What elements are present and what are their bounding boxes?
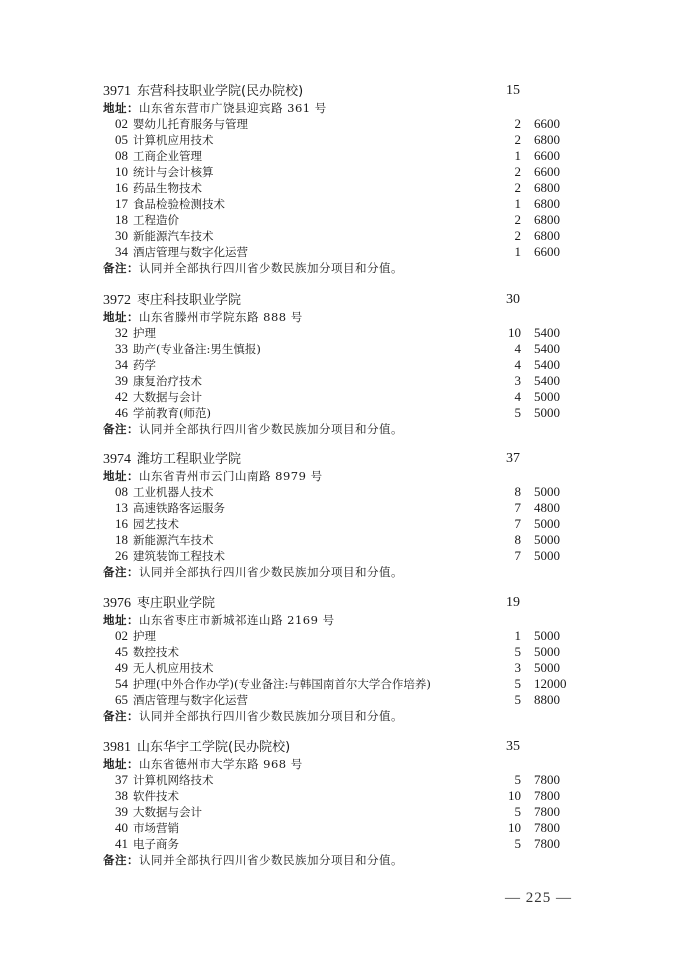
major-count: 7	[515, 548, 522, 564]
major-code: 39	[108, 373, 128, 389]
major-code: 05	[108, 132, 128, 148]
major-name: 电子商务	[133, 836, 179, 852]
address-text: 山东省东营市广饶县迎宾路 361 号	[139, 101, 327, 115]
school-name: 枣庄职业学院	[137, 595, 215, 613]
major-count: 4	[515, 341, 522, 357]
major-fee: 5400	[534, 357, 560, 373]
major-count: 3	[515, 373, 522, 389]
address-label: 地址：	[103, 613, 139, 627]
major-row: 49无人机应用技术35000	[103, 660, 573, 676]
major-name: 护理	[133, 628, 156, 644]
major-row: 32护理105400	[103, 325, 573, 341]
major-row: 39康复治疗技术35400	[103, 373, 573, 389]
major-row: 54护理(中外合作办学)(专业备注:与韩国南首尔大学合作培养)512000	[103, 676, 573, 692]
major-row: 46学前教育(师范)55000	[103, 405, 573, 421]
school-total: 37	[506, 450, 520, 468]
school-address: 地址：山东省德州市大学东路 968 号	[103, 756, 573, 772]
school-code: 3971	[103, 83, 131, 101]
major-count: 2	[515, 180, 522, 196]
major-fee: 5000	[534, 405, 560, 421]
major-row: 41电子商务57800	[103, 836, 573, 852]
school-title-row: 3971东营科技职业学院(民办院校) 15	[103, 82, 573, 100]
major-name: 建筑装饰工程技术	[133, 548, 225, 564]
major-code: 08	[108, 484, 128, 500]
major-fee: 12000	[534, 676, 567, 692]
note-text: 认同并全部执行四川省少数民族加分项目和分值。	[139, 565, 403, 579]
school-title-row: 3974潍坊工程职业学院 37	[103, 450, 573, 468]
note-label: 备注：	[103, 853, 139, 867]
major-code: 65	[108, 692, 128, 708]
major-name: 数控技术	[133, 644, 179, 660]
major-name: 食品检验检测技术	[133, 196, 225, 212]
major-row: 05计算机应用技术26800	[103, 132, 573, 148]
major-count: 8	[515, 532, 522, 548]
major-code: 16	[108, 180, 128, 196]
major-code: 39	[108, 804, 128, 820]
major-count: 10	[508, 325, 521, 341]
major-fee: 6600	[534, 244, 560, 260]
major-code: 41	[108, 836, 128, 852]
school-total: 30	[506, 291, 520, 309]
major-code: 32	[108, 325, 128, 341]
major-row: 39大数据与会计57800	[103, 804, 573, 820]
major-row: 16园艺技术75000	[103, 516, 573, 532]
major-fee: 8800	[534, 692, 560, 708]
major-fee: 5000	[534, 644, 560, 660]
major-count: 2	[515, 164, 522, 180]
address-label: 地址：	[103, 757, 139, 771]
major-row: 65酒店管理与数字化运营58800	[103, 692, 573, 708]
major-fee: 5000	[534, 660, 560, 676]
major-fee: 7800	[534, 804, 560, 820]
major-code: 08	[108, 148, 128, 164]
major-name: 软件技术	[133, 788, 179, 804]
school-title-row: 3981山东华宇工学院(民办院校) 35	[103, 738, 573, 756]
note-label: 备注：	[103, 565, 139, 579]
note-label: 备注：	[103, 422, 139, 436]
major-count: 5	[515, 644, 522, 660]
major-name: 护理(中外合作办学)(专业备注:与韩国南首尔大学合作培养)	[133, 676, 431, 692]
school-note: 备注：认同并全部执行四川省少数民族加分项目和分值。	[103, 852, 573, 868]
major-row: 30新能源汽车技术26800	[103, 228, 573, 244]
address-text: 山东省青州市云门山南路 8979 号	[139, 469, 323, 483]
major-code: 46	[108, 405, 128, 421]
major-count: 5	[515, 836, 522, 852]
major-row: 02护理15000	[103, 628, 573, 644]
major-name: 工业机器人技术	[133, 484, 214, 500]
school-code: 3974	[103, 451, 131, 469]
major-name: 工商企业管理	[133, 148, 202, 164]
major-code: 38	[108, 788, 128, 804]
school-title-row: 3976枣庄职业学院 19	[103, 594, 573, 612]
major-fee: 5400	[534, 373, 560, 389]
major-count: 3	[515, 660, 522, 676]
major-name: 新能源汽车技术	[133, 228, 214, 244]
major-code: 54	[108, 676, 128, 692]
major-name: 助产(专业备注:男生慎报)	[133, 341, 261, 357]
major-row: 10统计与会计核算26600	[103, 164, 573, 180]
major-fee: 5000	[534, 548, 560, 564]
major-row: 40市场营销107800	[103, 820, 573, 836]
school-address: 地址：山东省东营市广饶县迎宾路 361 号	[103, 100, 573, 116]
address-label: 地址：	[103, 469, 139, 483]
major-row: 26建筑装饰工程技术75000	[103, 548, 573, 564]
major-row: 18工程造价26800	[103, 212, 573, 228]
major-name: 药品生物技术	[133, 180, 202, 196]
major-name: 药学	[133, 357, 156, 373]
major-name: 工程造价	[133, 212, 179, 228]
major-row: 13高速铁路客运服务74800	[103, 500, 573, 516]
address-text: 山东省滕州市学院东路 888 号	[139, 310, 303, 324]
major-fee: 5000	[534, 484, 560, 500]
major-row: 08工商企业管理16600	[103, 148, 573, 164]
major-count: 1	[515, 196, 522, 212]
major-code: 17	[108, 196, 128, 212]
major-code: 49	[108, 660, 128, 676]
major-count: 2	[515, 132, 522, 148]
major-fee: 5000	[534, 516, 560, 532]
major-count: 2	[515, 212, 522, 228]
major-count: 1	[515, 148, 522, 164]
major-code: 02	[108, 628, 128, 644]
major-fee: 5400	[534, 325, 560, 341]
major-count: 5	[515, 692, 522, 708]
major-count: 10	[508, 820, 521, 836]
school-address: 地址：山东省枣庄市新城祁连山路 2169 号	[103, 612, 573, 628]
school-address: 地址：山东省滕州市学院东路 888 号	[103, 309, 573, 325]
school-block: 3981山东华宇工学院(民办院校) 35 地址：山东省德州市大学东路 968 号…	[103, 738, 573, 868]
major-name: 婴幼儿托育服务与管理	[133, 116, 248, 132]
major-fee: 6800	[534, 180, 560, 196]
major-code: 34	[108, 244, 128, 260]
major-code: 02	[108, 116, 128, 132]
major-name: 园艺技术	[133, 516, 179, 532]
note-label: 备注：	[103, 709, 139, 723]
address-text: 山东省德州市大学东路 968 号	[139, 757, 303, 771]
major-name: 计算机网络技术	[133, 772, 214, 788]
major-fee: 6800	[534, 228, 560, 244]
major-fee: 7800	[534, 772, 560, 788]
major-fee: 4800	[534, 500, 560, 516]
major-name: 酒店管理与数字化运营	[133, 692, 248, 708]
note-label: 备注：	[103, 261, 139, 275]
major-count: 4	[515, 389, 522, 405]
major-count: 10	[508, 788, 521, 804]
school-note: 备注：认同并全部执行四川省少数民族加分项目和分值。	[103, 708, 573, 724]
major-code: 33	[108, 341, 128, 357]
major-name: 无人机应用技术	[133, 660, 214, 676]
major-name: 统计与会计核算	[133, 164, 214, 180]
major-code: 42	[108, 389, 128, 405]
address-label: 地址：	[103, 101, 139, 115]
school-total: 35	[506, 738, 520, 756]
major-name: 高速铁路客运服务	[133, 500, 225, 516]
major-fee: 6800	[534, 212, 560, 228]
school-block: 3976枣庄职业学院 19 地址：山东省枣庄市新城祁连山路 2169 号 02护…	[103, 594, 573, 724]
major-code: 40	[108, 820, 128, 836]
major-fee: 5000	[534, 389, 560, 405]
major-code: 37	[108, 772, 128, 788]
major-count: 1	[515, 628, 522, 644]
major-name: 大数据与会计	[133, 804, 202, 820]
major-row: 38软件技术107800	[103, 788, 573, 804]
major-count: 5	[515, 804, 522, 820]
major-count: 7	[515, 516, 522, 532]
major-fee: 7800	[534, 820, 560, 836]
major-code: 18	[108, 532, 128, 548]
school-block: 3971东营科技职业学院(民办院校) 15 地址：山东省东营市广饶县迎宾路 36…	[103, 82, 573, 276]
major-row: 17食品检验检测技术16800	[103, 196, 573, 212]
major-row: 18新能源汽车技术85000	[103, 532, 573, 548]
major-fee: 7800	[534, 788, 560, 804]
major-row: 08工业机器人技术85000	[103, 484, 573, 500]
major-fee: 6600	[534, 148, 560, 164]
major-row: 45数控技术55000	[103, 644, 573, 660]
major-fee: 6600	[534, 116, 560, 132]
major-code: 16	[108, 516, 128, 532]
major-code: 13	[108, 500, 128, 516]
major-count: 5	[515, 676, 522, 692]
major-name: 康复治疗技术	[133, 373, 202, 389]
note-text: 认同并全部执行四川省少数民族加分项目和分值。	[139, 709, 403, 723]
address-text: 山东省枣庄市新城祁连山路 2169 号	[139, 613, 335, 627]
major-count: 5	[515, 405, 522, 421]
major-name: 酒店管理与数字化运营	[133, 244, 248, 260]
school-name: 山东华宇工学院(民办院校)	[137, 739, 290, 757]
school-total: 15	[506, 82, 520, 100]
school-name: 东营科技职业学院(民办院校)	[137, 83, 303, 101]
major-fee: 5400	[534, 341, 560, 357]
major-count: 1	[515, 244, 522, 260]
note-text: 认同并全部执行四川省少数民族加分项目和分值。	[139, 853, 403, 867]
major-code: 10	[108, 164, 128, 180]
school-code: 3976	[103, 595, 131, 613]
major-fee: 6600	[534, 164, 560, 180]
school-note: 备注：认同并全部执行四川省少数民族加分项目和分值。	[103, 260, 573, 276]
major-name: 护理	[133, 325, 156, 341]
major-fee: 6800	[534, 196, 560, 212]
major-count: 2	[515, 116, 522, 132]
major-fee: 7800	[534, 836, 560, 852]
school-note: 备注：认同并全部执行四川省少数民族加分项目和分值。	[103, 564, 573, 580]
major-count: 7	[515, 500, 522, 516]
major-row: 34酒店管理与数字化运营16600	[103, 244, 573, 260]
note-text: 认同并全部执行四川省少数民族加分项目和分值。	[139, 422, 403, 436]
school-block: 3972枣庄科技职业学院 30 地址：山东省滕州市学院东路 888 号 32护理…	[103, 291, 573, 437]
major-name: 市场营销	[133, 820, 179, 836]
school-code: 3981	[103, 739, 131, 757]
major-fee: 6800	[534, 132, 560, 148]
major-code: 34	[108, 357, 128, 373]
major-name: 学前教育(师范)	[133, 405, 211, 421]
major-code: 18	[108, 212, 128, 228]
school-name: 潍坊工程职业学院	[137, 451, 241, 469]
school-name: 枣庄科技职业学院	[137, 292, 241, 310]
major-row: 02婴幼儿托育服务与管理26600	[103, 116, 573, 132]
major-code: 26	[108, 548, 128, 564]
major-code: 45	[108, 644, 128, 660]
school-code: 3972	[103, 292, 131, 310]
major-row: 16药品生物技术26800	[103, 180, 573, 196]
major-name: 计算机应用技术	[133, 132, 214, 148]
major-row: 42大数据与会计45000	[103, 389, 573, 405]
major-count: 2	[515, 228, 522, 244]
school-address: 地址：山东省青州市云门山南路 8979 号	[103, 468, 573, 484]
major-count: 8	[515, 484, 522, 500]
major-count: 4	[515, 357, 522, 373]
major-row: 33助产(专业备注:男生慎报)45400	[103, 341, 573, 357]
note-text: 认同并全部执行四川省少数民族加分项目和分值。	[139, 261, 403, 275]
school-block: 3974潍坊工程职业学院 37 地址：山东省青州市云门山南路 8979 号 08…	[103, 450, 573, 580]
page-number: — 225 —	[505, 890, 572, 907]
school-title-row: 3972枣庄科技职业学院 30	[103, 291, 573, 309]
major-name: 新能源汽车技术	[133, 532, 214, 548]
major-fee: 5000	[534, 628, 560, 644]
school-note: 备注：认同并全部执行四川省少数民族加分项目和分值。	[103, 421, 573, 437]
school-total: 19	[506, 594, 520, 612]
document-page: 3971东营科技职业学院(民办院校) 15 地址：山东省东营市广饶县迎宾路 36…	[0, 0, 680, 961]
major-code: 30	[108, 228, 128, 244]
major-row: 34药学45400	[103, 357, 573, 373]
major-fee: 5000	[534, 532, 560, 548]
major-row: 37计算机网络技术57800	[103, 772, 573, 788]
major-count: 5	[515, 772, 522, 788]
major-name: 大数据与会计	[133, 389, 202, 405]
address-label: 地址：	[103, 310, 139, 324]
